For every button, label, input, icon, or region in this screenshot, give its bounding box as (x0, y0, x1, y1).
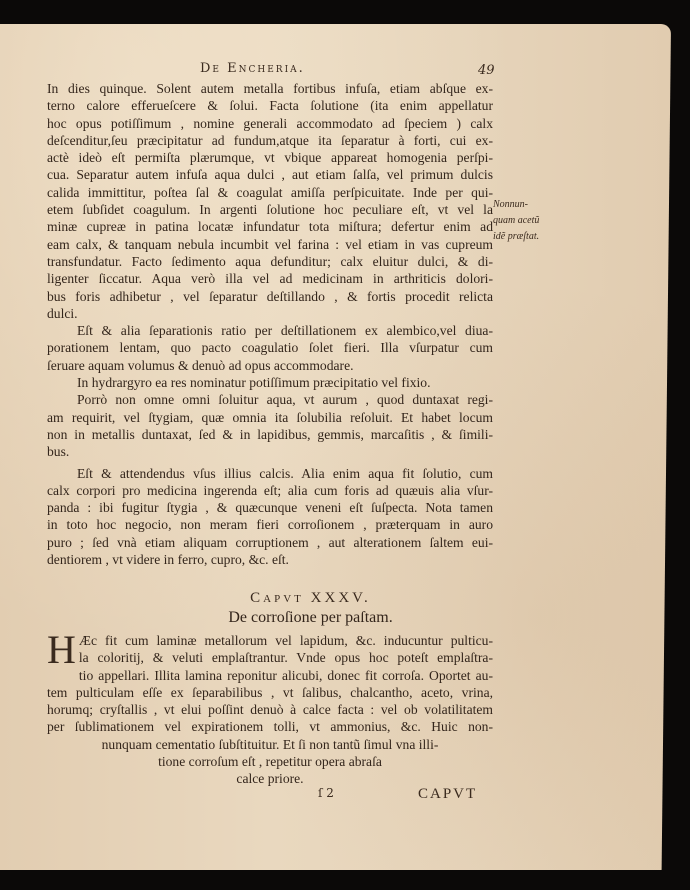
text-line: transfundatur. Facto ſedimento aqua defu… (47, 253, 493, 270)
running-head: De Encheria. (200, 61, 305, 76)
text-line: etem ſubſidet coagulum. In argenti ſolut… (47, 201, 493, 218)
paragraph-1: In dies quinque. Solent autem metalla fo… (47, 80, 493, 322)
drop-cap: H (47, 633, 76, 667)
book-page: De Encheria. 49 In dies quinque. Solent … (0, 24, 671, 870)
text-line: terno calore efferueſcere & ſolui. Facta… (47, 97, 493, 114)
main-text: In dies quinque. Solent autem metalla fo… (47, 80, 493, 568)
text-line: eam calx, & tanquam nebula incumbit vel … (47, 236, 493, 253)
text-line: la coloritij, & veluti emplaſtrantur. Vn… (47, 649, 493, 666)
text-line: In dies quinque. Solent autem metalla fo… (47, 80, 493, 97)
text-line: in toto hoc negocio, non meram fieri cor… (47, 516, 493, 533)
chapter-text: H Æc fit cum laminæ metallorum vel lapid… (47, 632, 493, 788)
chapter-heading: Capvt XXXV. De corroſione per paſtam. (0, 590, 671, 627)
text-line: Porrò non omne omni ſoluitur aqua, vt au… (47, 391, 493, 408)
margin-note-line: quam acetũ (493, 213, 563, 229)
page-number: 49 (478, 63, 495, 78)
text-line: tio appellari. Illita lamina reponitur a… (47, 667, 493, 684)
margin-note-line: idẽ præſtat. (493, 229, 563, 245)
text-line: panda : ibi fugitur ſtygia , & quæcunque… (47, 499, 493, 516)
page-header: De Encheria. 49 (0, 61, 671, 81)
signature-mark: ſ 2 (318, 786, 334, 800)
margin-note-line: Nonnun- (493, 197, 563, 213)
text-line: Æc fit cum laminæ metallorum vel lapidum… (47, 632, 493, 649)
text-line: dentiorem , vt videre in ferro, cupro, &… (47, 551, 493, 568)
text-line: Eſt & attendendus vſus illius calcis. Al… (47, 465, 493, 482)
text-line: actè ideò eſt permiſta plærumque, vt vbi… (47, 149, 493, 166)
text-line: minæ cupreæ in patina locatæ infundatur … (47, 218, 493, 235)
text-line: In hydrargyro ea res nominatur potiſſimu… (47, 374, 493, 391)
text-line: non in metallis duntaxat, ſed & in lapid… (47, 426, 493, 443)
text-line: cua. Separatur autem infuſa aqua dulci ,… (47, 166, 493, 183)
paragraph-2: Eſt & alia ſeparationis ratio per deſtil… (47, 322, 493, 374)
page-footer: ſ 2 CAPVT (0, 786, 671, 806)
text-line: dulci. (47, 305, 493, 322)
text-line: deſcenditur,ſeu præcipitatur ad fundum,a… (47, 132, 493, 149)
text-line: nunquam cementatio ſubſtituitur. Et ſi n… (47, 736, 493, 753)
chapter-subtitle: De corroſione per paſtam. (0, 609, 671, 627)
paragraph-3: In hydrargyro ea res nominatur potiſſimu… (47, 374, 493, 391)
text-line: calida immittitur, poſtea ſal & coagulat… (47, 184, 493, 201)
chapter-title: Capvt XXXV. (0, 590, 671, 607)
text-line: Eſt & alia ſeparationis ratio per deſtil… (47, 322, 493, 339)
text-line: am requirit, vel ſtygiam, quæ omnia ita … (47, 409, 493, 426)
text-line: porationem lentam, quo pacto coagulatio … (47, 339, 493, 356)
text-line: tione corroſum eſt , repetitur opera abr… (47, 753, 493, 770)
text-line: per ſublimationem vel expirationem tolli… (47, 718, 493, 735)
catchword: CAPVT (418, 786, 477, 803)
paragraph-4: Porrò non omne omni ſoluitur aqua, vt au… (47, 391, 493, 460)
text-line: bus foris adhibetur , vel ſeparatur deſt… (47, 288, 493, 305)
paragraph-5: Eſt & attendendus vſus illius calcis. Al… (47, 465, 493, 569)
text-line: calx corpori pro medicina ingerenda eſt;… (47, 482, 493, 499)
marginal-note: Nonnun- quam acetũ idẽ præſtat. (493, 197, 563, 245)
text-line: hoc opus potiſſimum , nomine generali ac… (47, 115, 493, 132)
text-line: horumq; cryſtallis , vt elui poſſint den… (47, 701, 493, 718)
text-line: puro ; ſed vnà etiam aliquam corruptione… (47, 534, 493, 551)
text-line: tem pulticulam eſſe ex ſeparabilibus , v… (47, 684, 493, 701)
text-line: bus. (47, 443, 493, 460)
text-line: ligenter ſiccatur. Aqua verò illa vel ad… (47, 270, 493, 287)
text-line: ſeruare aquam volumus & denuò ad opus ac… (47, 357, 493, 374)
